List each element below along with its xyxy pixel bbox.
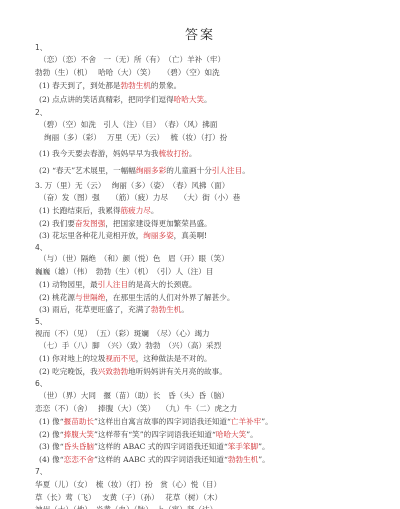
answer-line: (1) 动物园里，最引人注目的是高大的长颈鹿。 <box>39 280 196 290</box>
answer-text: ，把国家建设得更加繁荣昌盛。 <box>105 219 211 228</box>
answer-text: ”这样出自寓言故事的四字词语我还知道“ <box>94 417 231 426</box>
highlighted-answer: 昏头昏脑 <box>64 442 94 451</box>
answer-text: （世）（界）大同 揠（苗）（助）长 昏（头）昏（脑） <box>39 391 229 400</box>
answer-text: (3) 像“ <box>39 442 64 451</box>
answer-text: （与）（世）隔绝 （和）颜（悦）色 眉（开）眼（笑） <box>39 254 229 263</box>
answer-line: (1) 我今天要去春游，妈妈早早为我梳妆打扮。 <box>39 149 196 159</box>
answer-text: 3. 万（里）无（云） 绚丽（多）（姿） （春）风拂（面） <box>35 181 229 190</box>
highlighted-answer: 勃勃生机 <box>121 81 151 90</box>
answer-text: (2) 我们要 <box>39 219 75 228</box>
answer-text: 绚丽（多）（彩） 万里（无）（云） 梳（妆）（打）扮 <box>44 133 227 142</box>
answer-line: (4) 像“恋恋不舍”这样的 AABC 式的四字词语我还知道“勃勃生机”。 <box>39 455 270 465</box>
answer-text: 。 <box>189 149 197 158</box>
answer-line: (3) 花坛里各种花儿竞相开放，绚丽多姿，真美啊! <box>39 231 207 241</box>
highlighted-answer: 亡羊补牢 <box>231 417 261 426</box>
highlighted-answer: 引人注目 <box>98 280 128 289</box>
highlighted-answer: 恋恋不舍 <box>64 455 94 464</box>
answer-text: ，这种做法是不对的。 <box>136 354 212 363</box>
answer-text: (2) 像“ <box>39 430 64 439</box>
answer-line: (1) 长跑结束后，我累得筋疲力尽。 <box>39 206 158 216</box>
answer-text: 视而（不）（见） （五）（彩）斑斓 （尽）（心）竭力 <box>35 329 210 338</box>
answer-line: （恋）（恋）不舍 一（无）所（有） （亡）羊补（牢） <box>39 55 225 65</box>
highlighted-answer: 视而不见 <box>105 354 135 363</box>
answer-text: (4) 像“ <box>39 455 64 464</box>
highlighted-answer: 与世隔绝 <box>75 293 105 302</box>
answer-line: 勃勃（生）（机） 哈哈（大）（笑） （碧）（空）如洗 <box>35 68 220 78</box>
answer-text: (2) 点点讲的笑话真精彩，把同学们逗得 <box>39 95 174 104</box>
highlighted-answer: 勃勃生机 <box>228 455 258 464</box>
answer-line: （与）（世）隔绝 （和）颜（悦）色 眉（开）眼（笑） <box>39 254 229 264</box>
question-number: 6、 <box>35 379 47 389</box>
answer-text: 草（长）莺（飞） 支黄（子）（孙） 花草（树）（木） <box>35 493 222 502</box>
highlighted-answer: 梳妆打扮 <box>158 149 188 158</box>
highlighted-answer: 笨手笨脚 <box>228 442 258 451</box>
answer-text: ，在那里生活的人们对外界了解甚少。 <box>105 293 234 302</box>
highlighted-answer: 哈哈大笑 <box>174 95 204 104</box>
highlighted-answer: 揠苗助长 <box>64 417 94 426</box>
answer-line: 巍巍（雄）（伟） 勃勃（生）（机） （引）人（注）目 <box>35 267 213 277</box>
highlighted-answer: 引人注目 <box>212 166 242 175</box>
answer-line: (2) 点点讲的笑话真精彩，把同学们逗得哈哈大笑。 <box>39 95 212 105</box>
answer-line: (1) 像“揠苗助长”这样出自寓言故事的四字词语我还知道“亡羊补牢”。 <box>39 417 273 427</box>
highlighted-answer: 筋疲力尽 <box>121 206 151 215</box>
answer-text: 2、 <box>35 108 47 117</box>
answer-line: （世）（界）大同 揠（苗）（助）长 昏（头）昏（脑） <box>39 391 229 401</box>
answer-text: ”这样的 ABAC 式的四字词语我还知道“ <box>94 442 228 451</box>
answer-text: (1) 你对地上的垃圾 <box>39 354 105 363</box>
answer-line: (2) 我们要奋发图强，把国家建设得更加繁荣昌盛。 <box>39 219 212 229</box>
answer-text: (2) “春天”艺术展里，一幅幅 <box>39 166 136 175</box>
answer-text: 的是高大的长颈鹿。 <box>128 280 196 289</box>
answer-text: (1) 动物园里，最 <box>39 280 98 289</box>
answer-text: (2) 吃完晚饭，我 <box>39 367 98 376</box>
answer-line: （奋）发（图）强 （筋）（疲）力尽 （大）街（小）巷 <box>39 193 240 203</box>
answer-line: (2) 像“捧腹大笑”这样带有“笑”的四字词语我还知道“哈哈大笑”。 <box>39 430 258 440</box>
answer-text: 。 <box>204 95 212 104</box>
question-number: 1、 <box>35 43 47 53</box>
answer-text: ”。 <box>258 455 269 464</box>
highlighted-answer: 兴致勃勃 <box>98 367 128 376</box>
answer-line: 草（长）莺（飞） 支黄（子）（孙） 花草（树）（木） <box>35 493 222 503</box>
answer-line: (1) 你对地上的垃圾视而不见，这种做法是不对的。 <box>39 354 212 364</box>
answer-text: （碧）（空）如洗 引人（注）（目） （春）（风）拂面 <box>39 120 217 129</box>
answer-line: 恋恋（不）（舍） 捧腹（大）（笑） （九）牛（二）虎之力 <box>35 404 237 414</box>
answer-text: (1) 长跑结束后，我累得 <box>39 206 121 215</box>
answer-text: (3) 花坛里各种花儿竞相开放， <box>39 231 143 240</box>
answer-text: (1) 我今天要去春游，妈妈早早为我 <box>39 149 158 158</box>
answer-line: (2) 吃完晚饭，我兴致勃勃地听妈妈讲有关月亮的故事。 <box>39 367 227 377</box>
answer-line: 视而（不）（见） （五）（彩）斑斓 （尽）（心）竭力 <box>35 329 210 339</box>
page-title: 答案 <box>0 24 400 43</box>
answer-line: (2) 桃花源与世隔绝，在那里生活的人们对外界了解甚少。 <box>39 293 234 303</box>
answer-text: 神州（大）（地） 炎黄（血）（脉） 上（寓）贤（达） <box>35 505 217 509</box>
highlighted-answer: 勃勃生机 <box>151 305 181 314</box>
answer-text: 。 <box>151 206 159 215</box>
answer-text: 。 <box>242 166 250 175</box>
answer-text: ，真美啊! <box>174 231 207 240</box>
answer-text: (3) 雨后，花草更旺盛了，充满了 <box>39 305 151 314</box>
answer-text: （恋）（恋）不舍 一（无）所（有） （亡）羊补（牢） <box>39 55 225 64</box>
question-number: 4、 <box>35 243 47 253</box>
highlighted-answer: 绚丽多彩 <box>136 166 166 175</box>
answer-text: 7、 <box>35 467 47 476</box>
answer-text: ”这样带有“笑”的四字词语我还知道“ <box>94 430 216 439</box>
answer-text: 恋恋（不）（舍） 捧腹（大）（笑） （九）牛（二）虎之力 <box>35 404 237 413</box>
answer-text: （奋）发（图）强 （筋）（疲）力尽 （大）街（小）巷 <box>39 193 240 202</box>
answer-text: 5、 <box>35 317 47 326</box>
answer-line: 绚丽（多）（彩） 万里（无）（云） 梳（妆）（打）扮 <box>44 133 227 143</box>
answer-text: 的景象。 <box>151 81 181 90</box>
answer-line: （七）手（八）脚 （兴）（致）勃勃 （兴）（高）采烈 <box>39 341 221 351</box>
answer-line: (3) 雨后，花草更旺盛了，充满了勃勃生机。 <box>39 305 189 315</box>
answer-line: （碧）（空）如洗 引人（注）（目） （春）（风）拂面 <box>39 120 217 130</box>
question-number: 2、 <box>35 108 47 118</box>
answer-text: (1) 春天到了，到处都是 <box>39 81 121 90</box>
answer-text: 地听妈妈讲有关月亮的故事。 <box>128 367 227 376</box>
answer-text: 。 <box>181 305 189 314</box>
answer-text: (2) 桃花源 <box>39 293 75 302</box>
answer-text: 4、 <box>35 243 47 252</box>
answer-line: 3. 万（里）无（云） 绚丽（多）（姿） （春）风拂（面） <box>35 181 229 191</box>
highlighted-answer: 绚丽多姿 <box>143 231 173 240</box>
answer-text: (1) 像“ <box>39 417 64 426</box>
answer-line: 神州（大）（地） 炎黄（血）（脉） 上（寓）贤（达） <box>35 505 217 509</box>
answer-line: (3) 像“昏头昏脑”这样的 ABAC 式的四字词语我还知道“笨手笨脚”。 <box>39 442 270 452</box>
highlighted-answer: 哈哈大笑 <box>216 430 246 439</box>
answer-text: 的儿童画十分 <box>166 166 212 175</box>
answer-line: (2) “春天”艺术展里，一幅幅绚丽多彩的儿童画十分引人注目。 <box>39 166 250 176</box>
answer-text: 巍巍（雄）（伟） 勃勃（生）（机） （引）人（注）目 <box>35 267 213 276</box>
answer-text: ”。 <box>258 442 269 451</box>
highlighted-answer: 捧腹大笑 <box>64 430 94 439</box>
answer-line: (1) 春天到了，到处都是勃勃生机的景象。 <box>39 81 181 91</box>
answer-line: 华夏（儿）（女） 梳（妆）（打）扮 赏（心）悦（目） <box>35 480 221 490</box>
answer-text: 1、 <box>35 43 47 52</box>
answer-text: ”。 <box>261 417 272 426</box>
answer-text: 6、 <box>35 379 47 388</box>
question-number: 7、 <box>35 467 47 477</box>
answer-text: （七）手（八）脚 （兴）（致）勃勃 （兴）（高）采烈 <box>39 341 221 350</box>
highlighted-answer: 奋发图强 <box>75 219 105 228</box>
answer-text: 勃勃（生）（机） 哈哈（大）（笑） （碧）（空）如洗 <box>35 68 220 77</box>
answer-text: 华夏（儿）（女） 梳（妆）（打）扮 赏（心）悦（目） <box>35 480 221 489</box>
answer-text: ”。 <box>246 430 257 439</box>
answer-text: ”这样的 AABC 式的四字词语我还知道“ <box>94 455 228 464</box>
question-number: 5、 <box>35 317 47 327</box>
answer-document: 答案 1、（恋）（恋）不舍 一（无）所（有） （亡）羊补（牢）勃勃（生）（机） … <box>0 0 400 509</box>
